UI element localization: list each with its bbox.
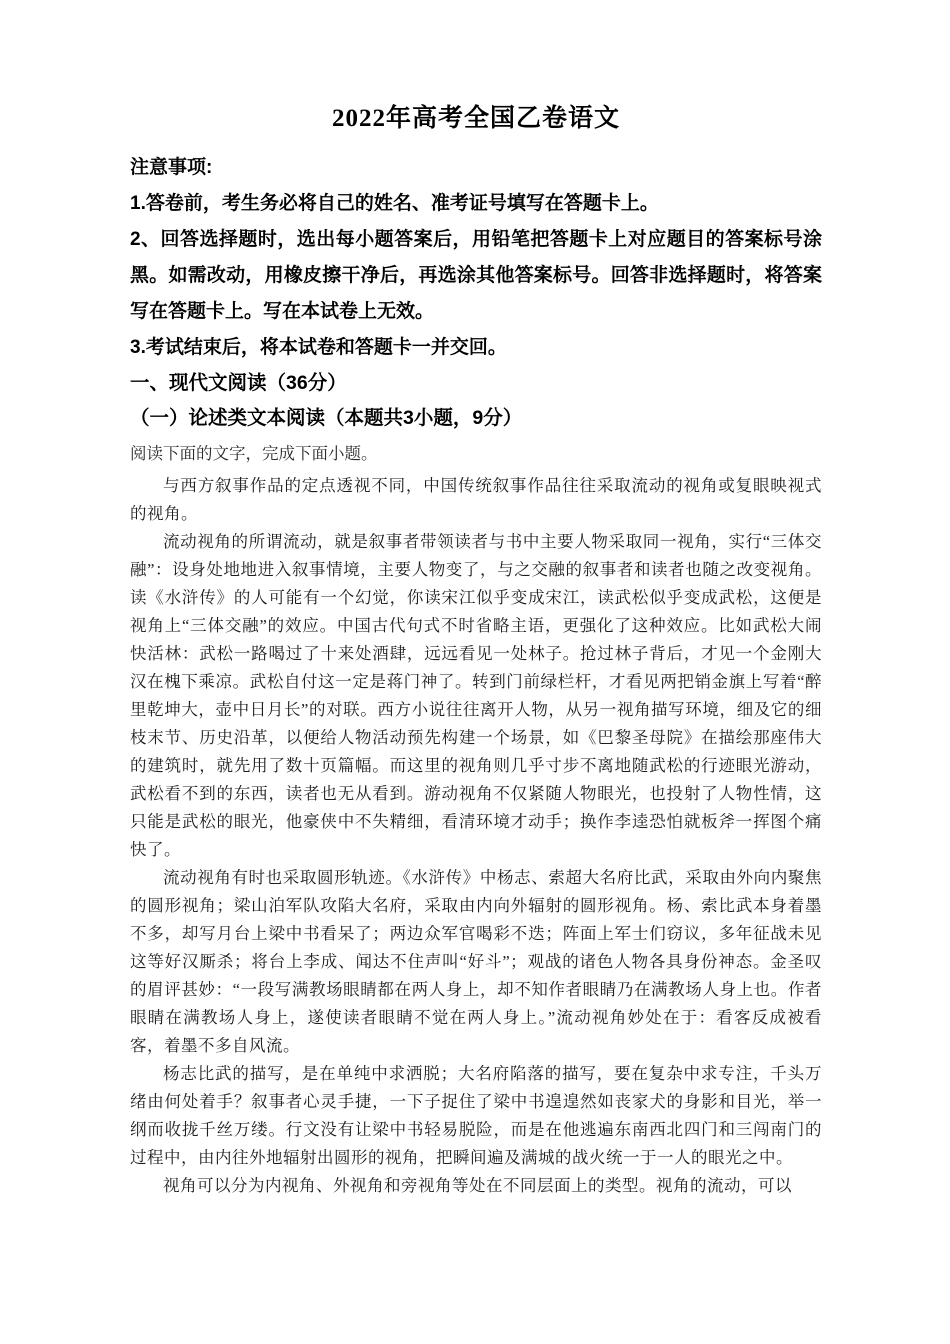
exam-paper-page: 2022年高考全国乙卷语文 注意事项: 1.答卷前，考生务必将自己的姓名、准考证… bbox=[0, 0, 950, 1344]
notice-item-2: 2、回答选择题时，选出每小题答案后，用铅笔把答题卡上对应题目的答案标号涂黑。如需… bbox=[130, 222, 822, 330]
passage-paragraph-5: 视角可以分为内视角、外视角和旁视角等处在不同层面上的类型。视角的流动，可以 bbox=[130, 1172, 822, 1200]
notice-item-3: 3.考试结束后，将本试卷和答题卡一并交回。 bbox=[130, 330, 822, 366]
passage-paragraph-1: 与西方叙事作品的定点透视不同，中国传统叙事作品往往采取流动的视角或复眼映视式的视… bbox=[130, 472, 822, 528]
reading-passage: 与西方叙事作品的定点透视不同，中国传统叙事作品往往采取流动的视角或复眼映视式的视… bbox=[130, 472, 822, 1200]
passage-paragraph-2: 流动视角的所谓流动，就是叙事者带领读者与书中主要人物采取同一视角，实行“三体交融… bbox=[130, 528, 822, 864]
subsection-heading-argumentative-reading: （一）论述类文本阅读（本题共3小题，9分） bbox=[130, 401, 822, 436]
reading-instruction: 阅读下面的文字，完成下面小题。 bbox=[130, 436, 822, 472]
passage-paragraph-4: 杨志比武的描写，是在单纯中求洒脱；大名府陷落的描写，要在复杂中求专注，千头万绪由… bbox=[130, 1060, 822, 1172]
notice-item-1: 1.答卷前，考生务必将自己的姓名、准考证号填写在答题卡上。 bbox=[130, 186, 822, 222]
section-heading-modern-reading: 一、现代文阅读（36分） bbox=[130, 366, 822, 401]
notice-heading: 注意事项: bbox=[130, 150, 822, 186]
notice-section: 注意事项: 1.答卷前，考生务必将自己的姓名、准考证号填写在答题卡上。 2、回答… bbox=[130, 150, 822, 366]
page-title: 2022年高考全国乙卷语文 bbox=[130, 104, 822, 134]
passage-paragraph-3: 流动视角有时也采取圆形轨迹。《水浒传》中杨志、索超大名府比武，采取由外向内聚焦的… bbox=[130, 864, 822, 1060]
